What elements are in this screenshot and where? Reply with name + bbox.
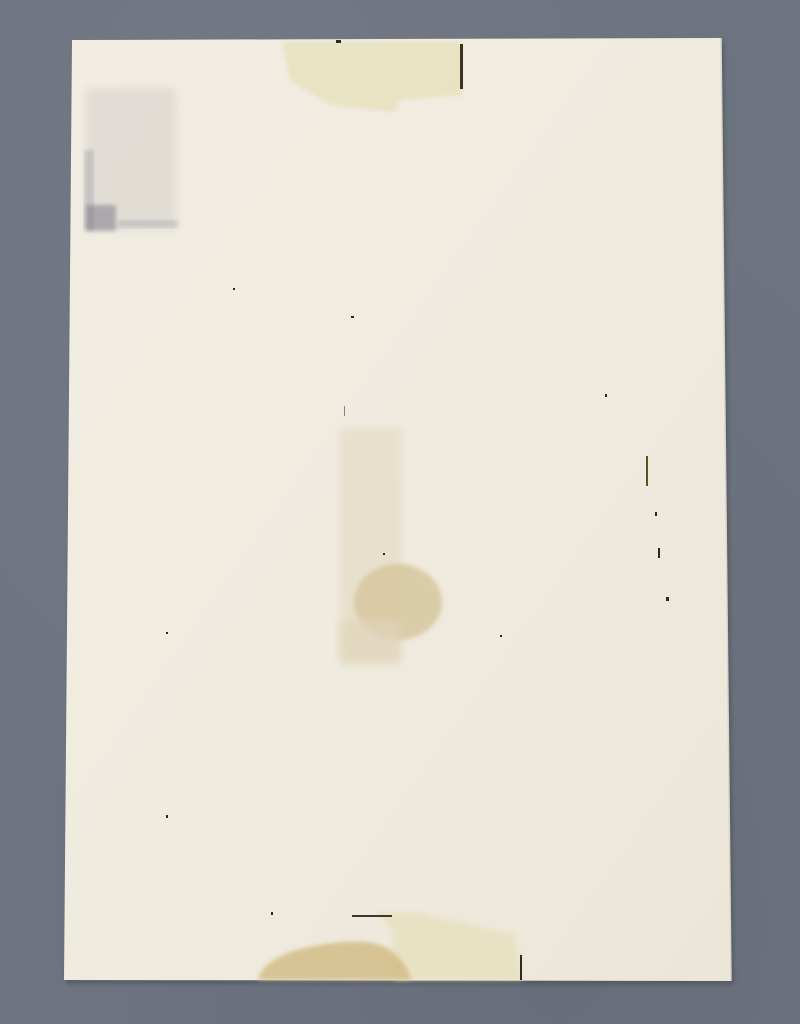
photo-scene (0, 0, 800, 1024)
card-illustration (0, 0, 800, 1024)
ghost-print-top-left (84, 88, 178, 231)
